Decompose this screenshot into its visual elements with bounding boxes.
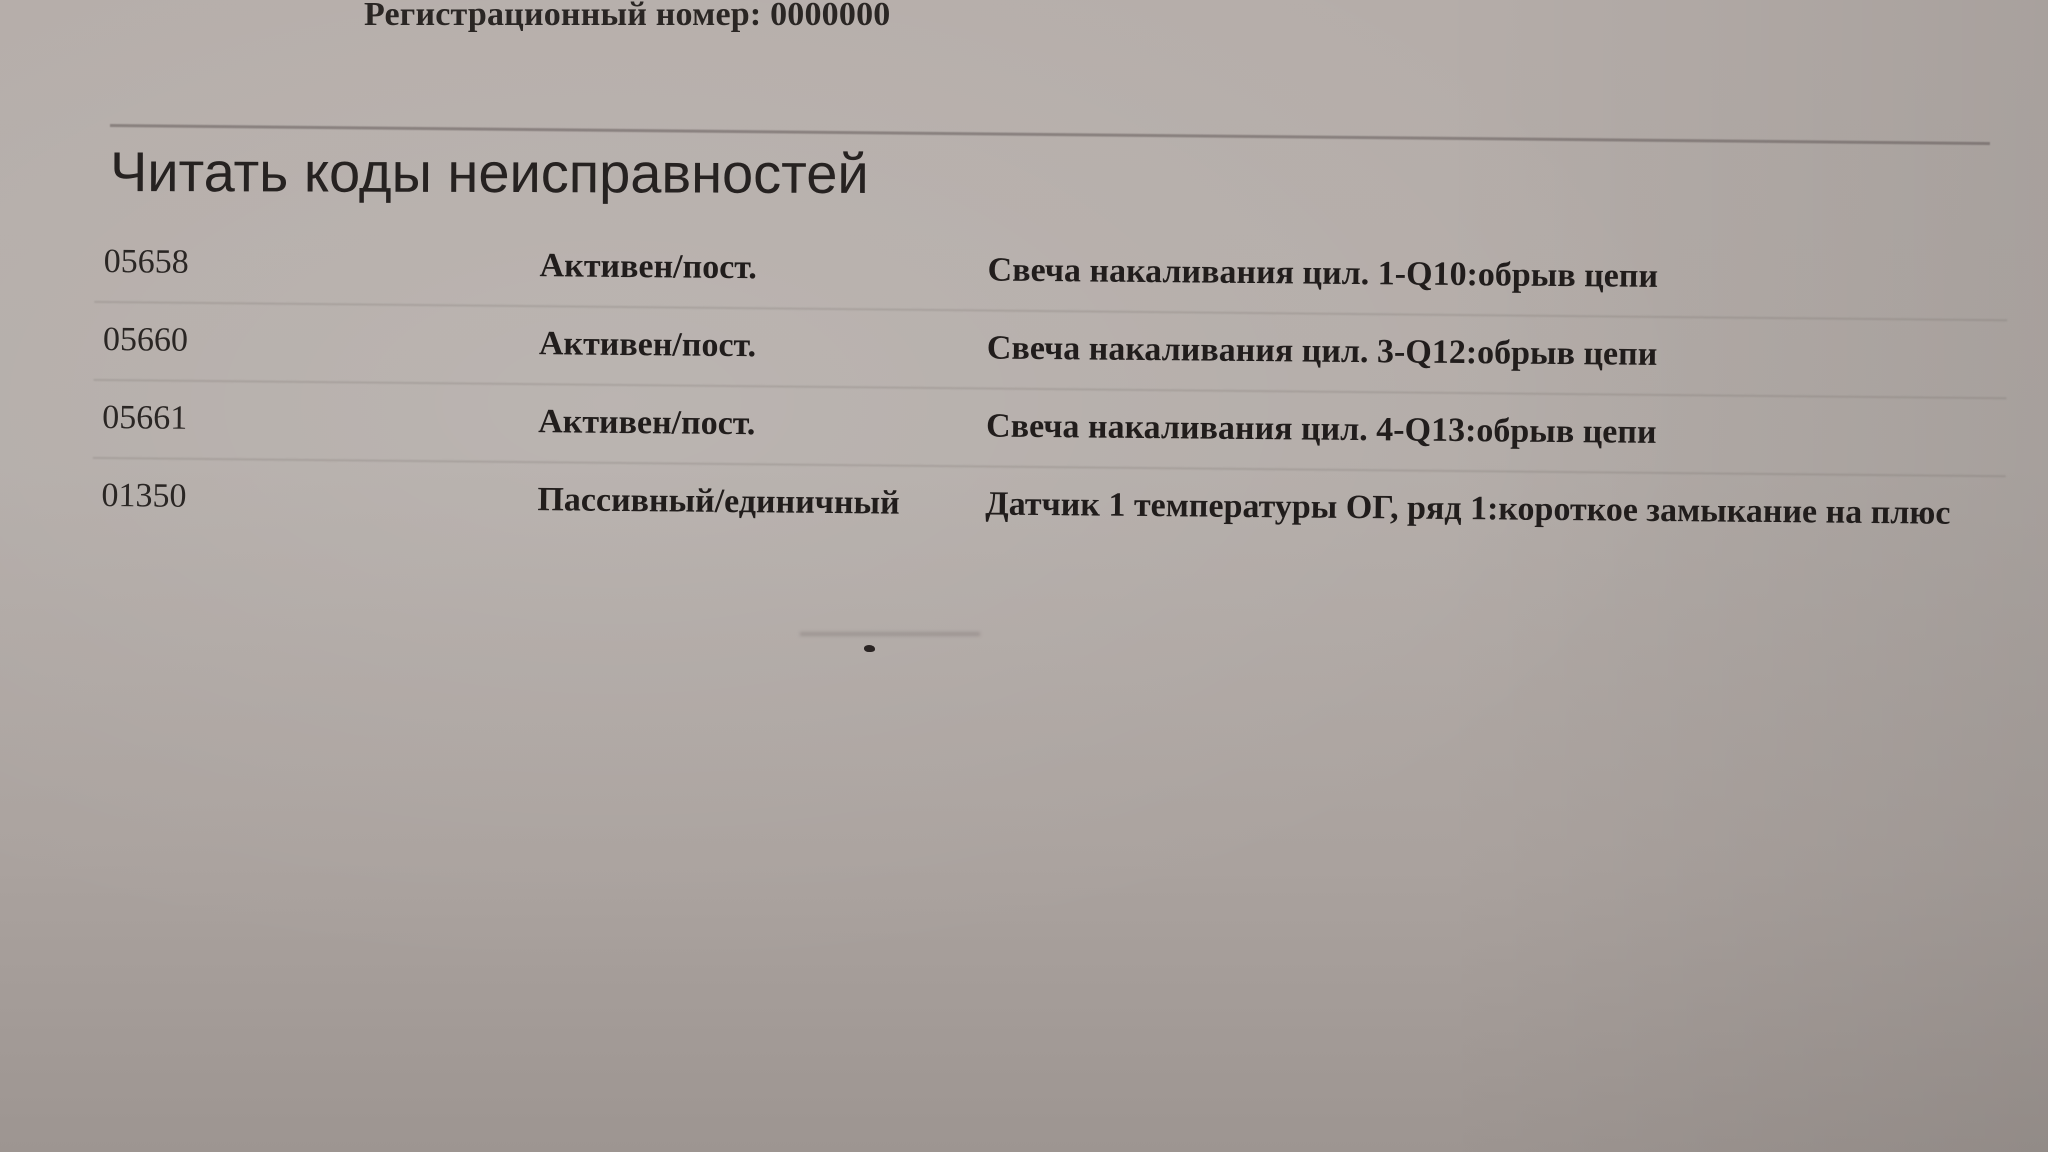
ink-speck (864, 645, 875, 652)
fault-code: 05658 (103, 243, 188, 282)
fault-code: 01350 (101, 477, 186, 516)
print-smudge (800, 632, 980, 636)
fault-status: Пассивный/единичный (537, 481, 900, 522)
fault-description: Свеча накаливания цил. 3-Q12:обрыв цепи (987, 329, 1658, 373)
fault-description: Свеча накаливания цил. 1-Q10:обрыв цепи (987, 251, 1658, 295)
fault-code: 05660 (103, 321, 188, 360)
fault-description: Датчик 1 температуры ОГ, ряд 1:короткое … (985, 485, 1950, 532)
fault-code: 05661 (102, 399, 187, 438)
fault-status: Активен/пост. (539, 325, 757, 365)
fault-code-table: 05658 Активен/пост. Свеча накаливания ци… (0, 228, 2048, 560)
fault-status: Активен/пост. (539, 247, 757, 287)
page-title: Читать коды неисправностей (110, 139, 869, 206)
fault-description: Свеча накаливания цил. 4-Q13:обрыв цепи (986, 407, 1657, 451)
fault-status: Активен/пост. (538, 403, 756, 443)
registration-number: Регистрационный номер: 0000000 (364, 0, 890, 34)
